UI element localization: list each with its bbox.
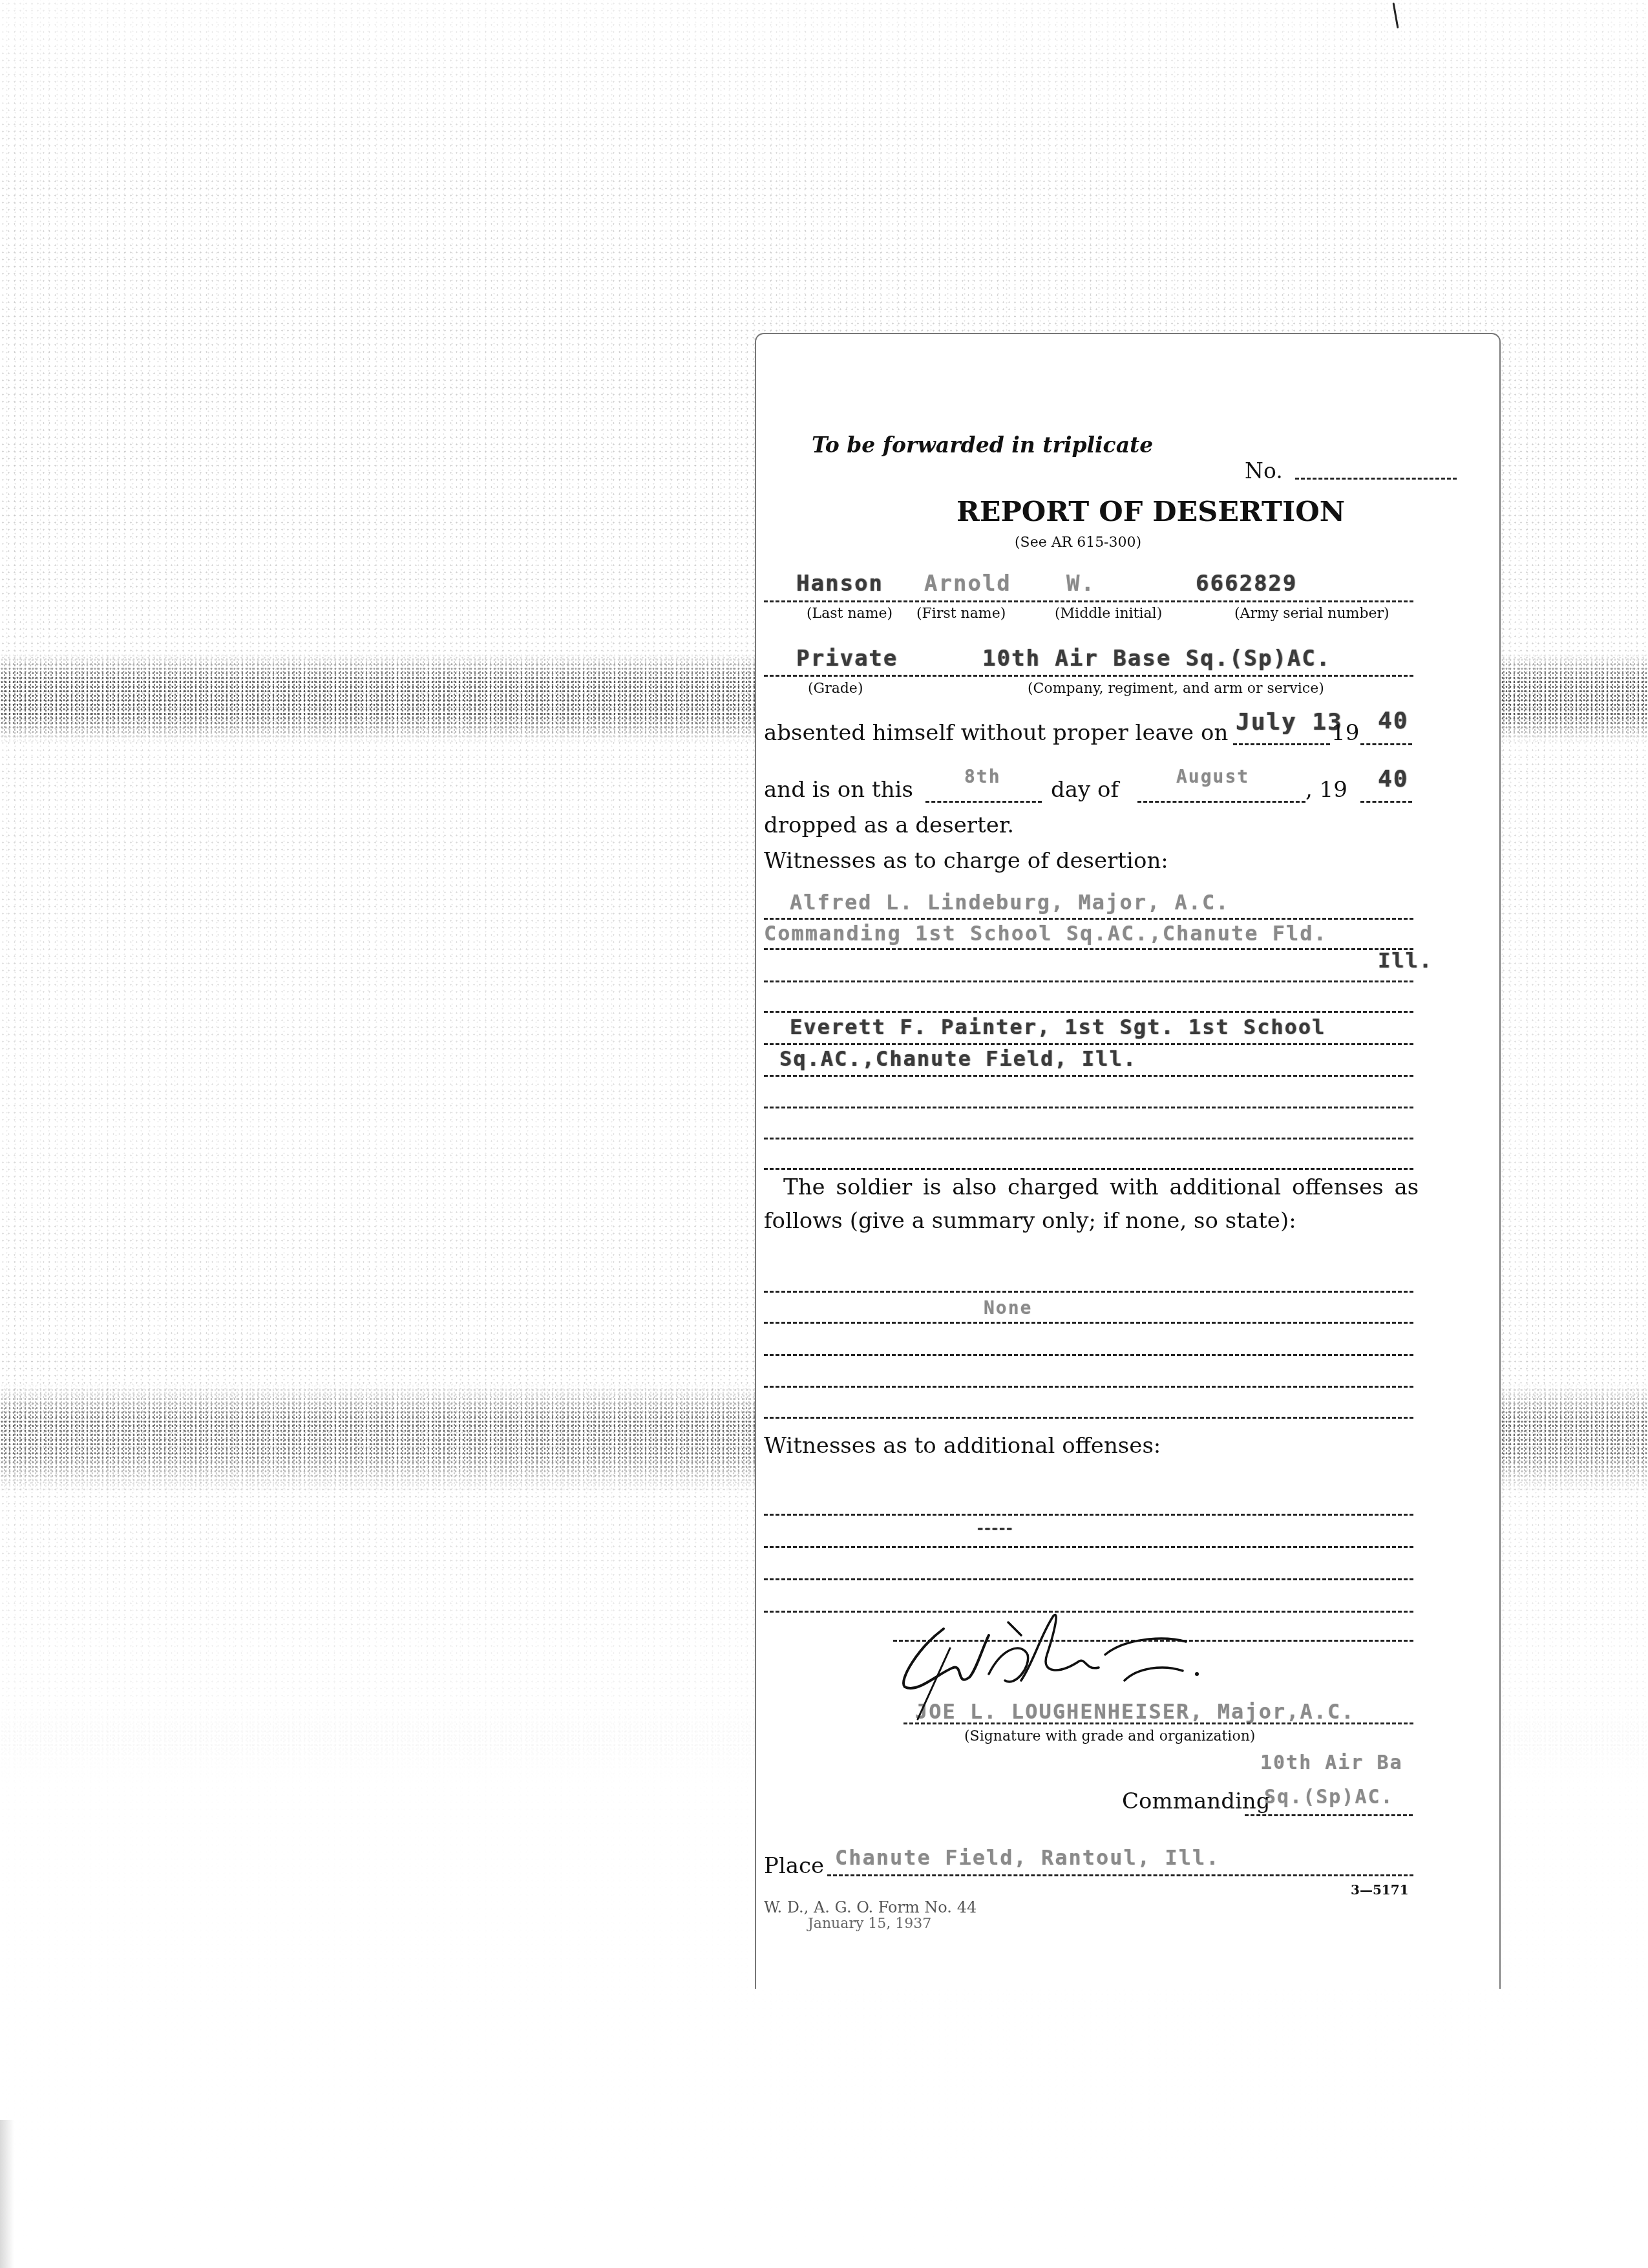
ruled-line [764,1322,1413,1324]
form-id: W. D., A. G. O. Form No. 44 [764,1898,977,1916]
grade-caption: (Grade) [808,681,863,697]
desertion-witness-line: Everett F. Painter, 1st Sgt. 1st School [790,1015,1326,1039]
last-name-caption: (Last name) [807,606,893,622]
page-edge-shadow [0,2120,14,2268]
forwarding-note: To be forwarded in triplicate [812,432,1153,458]
desertion-report-form: To be forwarded in triplicate No. REPORT… [755,333,1501,1989]
form-date: January 15, 1937 [808,1916,931,1932]
number-field-line [1295,478,1457,480]
additional-witnesses-label: Witnesses as to additional offenses: [764,1433,1161,1459]
dropped-month-value: August [1176,766,1249,787]
organization-value: 10th Air Base Sq.(Sp)AC. [982,646,1331,672]
signature-org-line-2: Sq.(Sp)AC. [1264,1786,1394,1808]
desertion-witness-line: Ill. [1378,948,1433,973]
additional-witnesses-value: ----- [976,1521,1012,1537]
ruled-line [764,1168,1413,1170]
serial-number-value: 6662829 [1196,571,1297,597]
ruled-line [764,1011,1413,1013]
desertion-witness-line: Commanding 1st School Sq.AC.,Chanute Fld… [764,921,1327,946]
additional-offenses-label-1: The soldier is also charged with additio… [783,1174,1419,1200]
absence-year-line [1360,743,1412,745]
ruled-line [764,1578,1413,1580]
name-line [764,600,1413,602]
dropped-label-2: day of [1051,777,1119,803]
desertion-witness-line: Sq.AC.,Chanute Field, Ill. [779,1046,1137,1071]
middle-initial-caption: (Middle initial) [1055,606,1162,622]
organization-caption: (Company, regiment, and arm or service) [1028,681,1324,697]
ruled-line [764,1514,1413,1516]
last-name-value: Hanson [796,571,883,597]
ruled-line [764,980,1413,982]
first-name-value: Arnold [924,571,1011,597]
ruled-line [764,1386,1413,1388]
dropped-label-1: and is on this [764,777,913,803]
ruled-line [764,948,1413,950]
handwritten-signature [892,1609,1254,1739]
print-code: 3—5171 [1351,1882,1409,1898]
dropped-year-prefix: , 19 [1305,777,1347,803]
ruled-line [764,1354,1413,1356]
serial-number-caption: (Army serial number) [1234,606,1389,622]
place-label: Place [764,1853,824,1879]
dropped-day-line [925,801,1042,803]
dropped-label-3: dropped as a deserter. [764,812,1014,838]
ruled-line [764,1417,1413,1419]
ruled-line [764,1291,1413,1293]
middle-initial-value: W. [1066,571,1095,597]
place-value: Chanute Field, Rantoul, Ill. [835,1845,1220,1870]
desertion-witness-line: Alfred L. Lindeburg, Major, A.C. [790,890,1230,915]
absence-date-line [1233,743,1330,745]
grade-value: Private [796,646,898,672]
first-name-caption: (First name) [916,606,1006,622]
dropped-year-line [1360,801,1412,803]
dropped-year-value: 40 [1378,766,1408,792]
form-title: REPORT OF DESERTION [956,496,1345,528]
ruled-line [764,1546,1413,1548]
ruled-line [764,1043,1413,1045]
additional-offenses-label-2: follows (give a summary only; if none, s… [764,1208,1296,1234]
ar-reference: (See AR 615-300) [1015,535,1141,551]
absence-year-value: 40 [1378,708,1408,734]
commanding-line [1245,1814,1413,1816]
dropped-day-value: 8th [964,766,1001,787]
ruled-line [764,918,1413,920]
absence-year-prefix: 19 [1331,720,1359,746]
absence-date-value: July 13 [1236,709,1343,736]
grade-line [764,675,1413,677]
ruled-line [764,1075,1413,1077]
additional-offenses-value: None [984,1297,1032,1319]
commanding-label: Commanding [1122,1788,1270,1814]
ruled-line [764,1107,1413,1108]
number-label: No. [1245,458,1283,483]
ruled-line [764,1138,1413,1139]
signature-org-line-1: 10th Air Ba [1260,1752,1403,1774]
place-line [827,1874,1413,1876]
desertion-witnesses-label: Witnesses as to charge of desertion: [764,848,1168,874]
dropped-month-line [1137,801,1305,803]
absence-label: absented himself without proper leave on [764,720,1228,746]
